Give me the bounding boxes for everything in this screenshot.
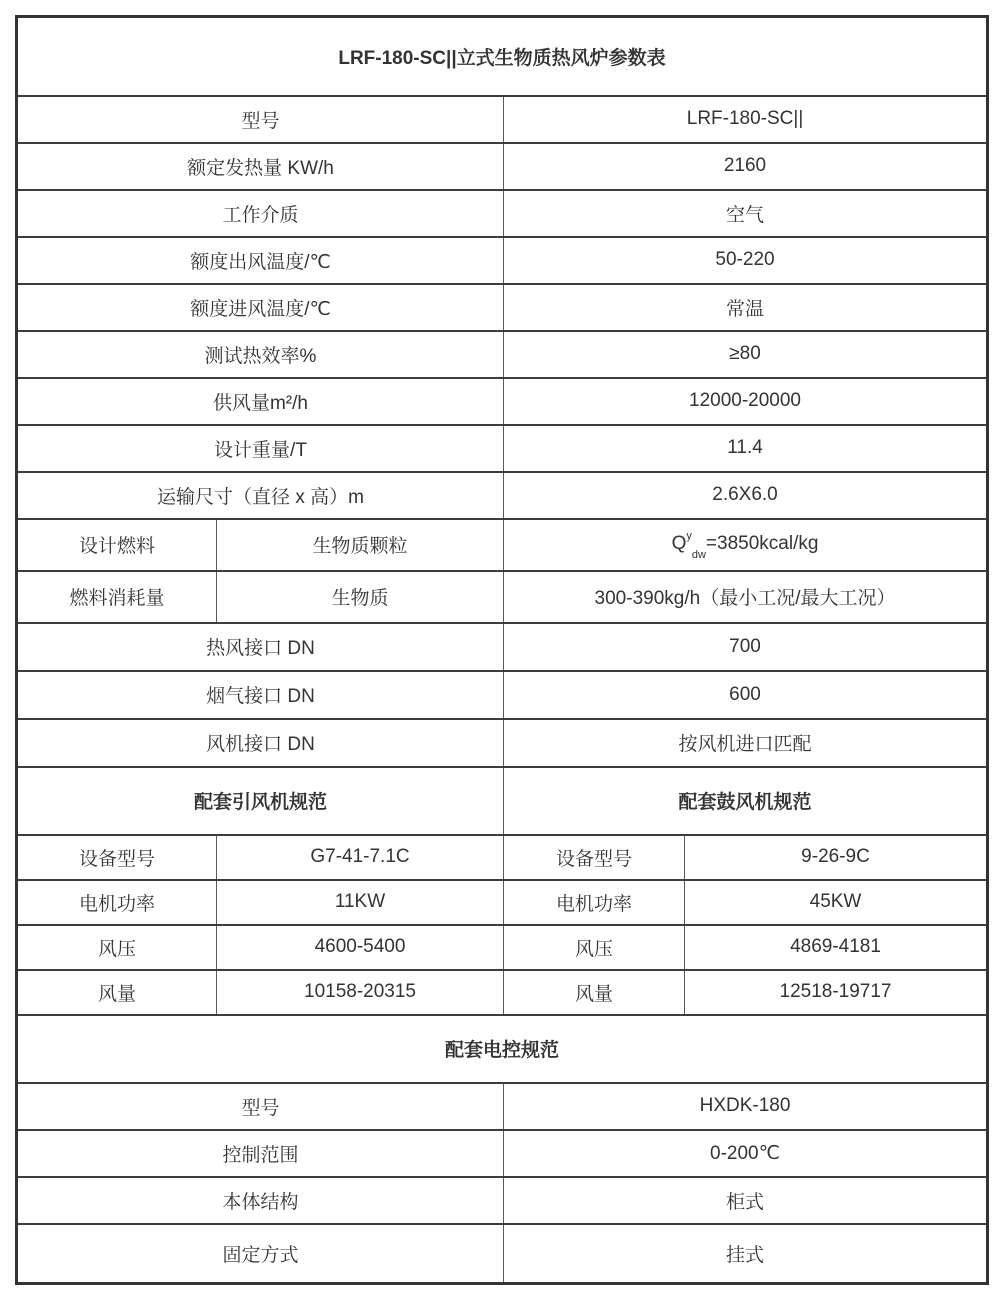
- table-row: 燃料消耗量 生物质 300-390kg/h（最小工况/最大工况）: [17, 571, 988, 623]
- param-value-cell: Qydw=3850kcal/kg: [504, 519, 988, 571]
- fan-spec-label-cell: 风量: [17, 970, 217, 1015]
- fan-spec-label-cell: 设备型号: [504, 835, 685, 880]
- table-row: 测试热效率% ≥80: [17, 331, 988, 378]
- param-label-cell: 型号: [17, 1083, 504, 1130]
- table-row: 配套电控规范: [17, 1015, 988, 1083]
- param-value-cell: 700: [504, 623, 988, 671]
- param-label-cell: 工作介质: [17, 190, 504, 237]
- param-value-cell: 600: [504, 671, 988, 719]
- blower-fan-section-header: 配套鼓风机规范: [504, 767, 988, 835]
- param-label-cell: 风机接口 DN: [17, 719, 504, 767]
- table-row: 热风接口 DN 700: [17, 623, 988, 671]
- param-label-cell: 额定发热量 KW/h: [17, 143, 504, 190]
- param-value-cell: 常温: [504, 284, 988, 331]
- fan-spec-value-cell: 9-26-9C: [685, 835, 988, 880]
- fan-spec-value-cell: 11KW: [217, 880, 504, 925]
- table-row: 本体结构 柜式: [17, 1177, 988, 1224]
- param-value-cell: 11.4: [504, 425, 988, 472]
- table-row: 运输尺寸（直径 x 高）m 2.6X6.0: [17, 472, 988, 519]
- param-label-cell: 运输尺寸（直径 x 高）m: [17, 472, 504, 519]
- param-value-cell: 0-200℃: [504, 1130, 988, 1177]
- table-row: 额度进风温度/℃ 常温: [17, 284, 988, 331]
- param-label-cell: 设计重量/T: [17, 425, 504, 472]
- param-label-cell: 控制范围: [17, 1130, 504, 1177]
- table-row: 设备型号 G7-41-7.1C 设备型号 9-26-9C: [17, 835, 988, 880]
- param-value-cell: LRF-180-SC||: [504, 96, 988, 143]
- table-row: 设计燃料 生物质颗粒 Qydw=3850kcal/kg: [17, 519, 988, 571]
- param-value-cell: 50-220: [504, 237, 988, 284]
- param-label-cell: 测试热效率%: [17, 331, 504, 378]
- fuel-heat-value: Qydw=3850kcal/kg: [672, 533, 819, 554]
- fan-spec-label-cell: 设备型号: [17, 835, 217, 880]
- param-value-cell: 12000-20000: [504, 378, 988, 425]
- table-row: 风机接口 DN 按风机进口匹配: [17, 719, 988, 767]
- table-row: 设计重量/T 11.4: [17, 425, 988, 472]
- fan-spec-value-cell: 4600-5400: [217, 925, 504, 970]
- table-row: 工作介质 空气: [17, 190, 988, 237]
- table-row: 配套引风机规范 配套鼓风机规范: [17, 767, 988, 835]
- table-row: 风压 4600-5400 风压 4869-4181: [17, 925, 988, 970]
- fan-spec-value-cell: 45KW: [685, 880, 988, 925]
- param-value-cell: 按风机进口匹配: [504, 719, 988, 767]
- param-value-cell: 挂式: [504, 1224, 988, 1284]
- table-row: 风量 10158-20315 风量 12518-19717: [17, 970, 988, 1015]
- table-row: LRF-180-SC||立式生物质热风炉参数表: [17, 17, 988, 96]
- param-label-cell: 额度进风温度/℃: [17, 284, 504, 331]
- table-row: 型号 HXDK-180: [17, 1083, 988, 1130]
- param-sublabel-cell: 生物质: [217, 571, 504, 623]
- param-label-cell: 额度出风温度/℃: [17, 237, 504, 284]
- table-row: 电机功率 11KW 电机功率 45KW: [17, 880, 988, 925]
- param-value-cell: HXDK-180: [504, 1083, 988, 1130]
- param-label-cell: 设计燃料: [17, 519, 217, 571]
- fan-spec-label-cell: 电机功率: [17, 880, 217, 925]
- param-label-cell: 燃料消耗量: [17, 571, 217, 623]
- param-value-cell: 柜式: [504, 1177, 988, 1224]
- param-label-cell: 固定方式: [17, 1224, 504, 1284]
- fan-spec-label-cell: 电机功率: [504, 880, 685, 925]
- fan-spec-label-cell: 风量: [504, 970, 685, 1015]
- param-value-cell: 300-390kg/h（最小工况/最大工况）: [504, 571, 988, 623]
- fan-spec-label-cell: 风压: [504, 925, 685, 970]
- param-value-cell: 2160: [504, 143, 988, 190]
- table-row: 烟气接口 DN 600: [17, 671, 988, 719]
- table-row: 型号 LRF-180-SC||: [17, 96, 988, 143]
- fan-spec-value-cell: 10158-20315: [217, 970, 504, 1015]
- fan-spec-value-cell: G7-41-7.1C: [217, 835, 504, 880]
- page: LRF-180-SC||立式生物质热风炉参数表 型号 LRF-180-SC|| …: [0, 0, 1000, 1303]
- param-label-cell: 供风量m²/h: [17, 378, 504, 425]
- param-value-cell: ≥80: [504, 331, 988, 378]
- spec-table: LRF-180-SC||立式生物质热风炉参数表 型号 LRF-180-SC|| …: [15, 15, 989, 1285]
- param-value-cell: 空气: [504, 190, 988, 237]
- fan-spec-value-cell: 4869-4181: [685, 925, 988, 970]
- param-label-cell: 型号: [17, 96, 504, 143]
- induced-fan-section-header: 配套引风机规范: [17, 767, 504, 835]
- table-row: 控制范围 0-200℃: [17, 1130, 988, 1177]
- table-row: 供风量m²/h 12000-20000: [17, 378, 988, 425]
- table-row: 固定方式 挂式: [17, 1224, 988, 1284]
- param-label-cell: 本体结构: [17, 1177, 504, 1224]
- table-title: LRF-180-SC||立式生物质热风炉参数表: [17, 17, 988, 96]
- param-sublabel-cell: 生物质颗粒: [217, 519, 504, 571]
- param-value-cell: 2.6X6.0: [504, 472, 988, 519]
- table-row: 额定发热量 KW/h 2160: [17, 143, 988, 190]
- fan-spec-label-cell: 风压: [17, 925, 217, 970]
- param-label-cell: 烟气接口 DN: [17, 671, 504, 719]
- param-label-cell: 热风接口 DN: [17, 623, 504, 671]
- table-row: 额度出风温度/℃ 50-220: [17, 237, 988, 284]
- fan-spec-value-cell: 12518-19717: [685, 970, 988, 1015]
- electric-control-section-header: 配套电控规范: [17, 1015, 988, 1083]
